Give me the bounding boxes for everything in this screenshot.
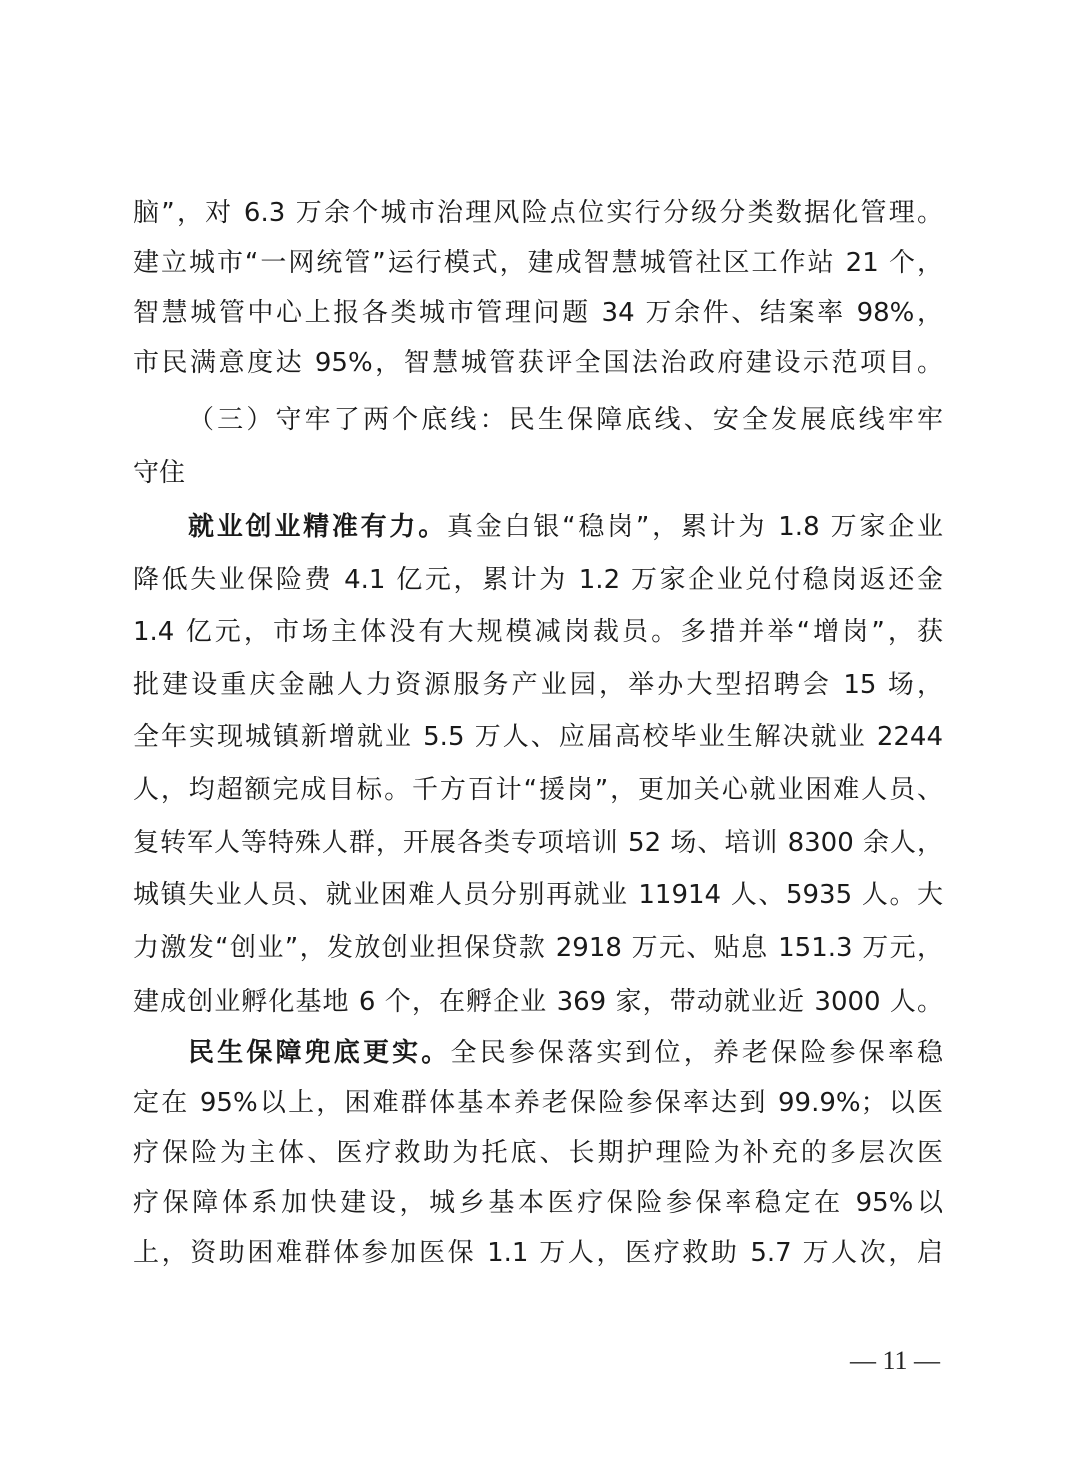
body-text-line: 智慧城管中心上报各类城市管理问题 34 万余件、结案率 98%， bbox=[133, 293, 943, 333]
paragraph-first-line: 民生保障兜底更实。全民参保落实到位，养老保险参保率稳 bbox=[188, 1033, 943, 1073]
paragraph-lead-employment: 就业创业精准有力。 bbox=[188, 512, 447, 542]
body-text-line: 疗保险为主体、医疗救助为托底、长期护理险为补充的多层次医 bbox=[133, 1133, 943, 1173]
body-text-line: 疗保障体系加快建设，城乡基本医疗保险参保率稳定在 95%以 bbox=[133, 1183, 943, 1223]
body-text-line: 全年实现城镇新增就业 5.5 万人、应届高校毕业生解决就业 2244 bbox=[133, 717, 943, 757]
body-text-line: 建立城市“一网统管”运行模式，建成智慧城管社区工作站 21 个， bbox=[133, 243, 943, 283]
body-text-line: 力激发“创业”，发放创业担保贷款 2918 万元、贴息 151.3 万元， bbox=[133, 928, 943, 968]
section-heading-continuation: 守住 bbox=[133, 453, 943, 493]
body-text-line: 建成创业孵化基地 6 个，在孵企业 369 家，带动就业近 3000 人。 bbox=[133, 982, 943, 1022]
paragraph-lead-livelihood: 民生保障兜底更实。 bbox=[188, 1038, 450, 1068]
body-text-line: 定在 95%以上，困难群体基本养老保险参保率达到 99.9%；以医 bbox=[133, 1083, 943, 1123]
section-heading: （三）守牢了两个底线：民生保障底线、安全发展底线牢牢 bbox=[188, 400, 943, 440]
body-text-line: 上，资助困难群体参加医保 1.1 万人，医疗救助 5.7 万人次，启 bbox=[133, 1233, 943, 1273]
body-text-line: 城镇失业人员、就业困难人员分别再就业 11914 人、5935 人。大 bbox=[133, 875, 943, 915]
paragraph-text: 全民参保落实到位，养老保险参保率稳 bbox=[450, 1038, 943, 1068]
body-text-line: 降低失业保险费 4.1 亿元，累计为 1.2 万家企业兑付稳岗返还金 bbox=[133, 560, 943, 600]
body-text-line: 1.4 亿元，市场主体没有大规模减岗裁员。多措并举“增岗”，获 bbox=[133, 612, 943, 652]
body-text-line: 市民满意度达 95%，智慧城管获评全国法治政府建设示范项目。 bbox=[133, 343, 943, 383]
body-text-line: 脑”，对 6.3 万余个城市治理风险点位实行分级分类数据化管理。 bbox=[133, 193, 943, 233]
paragraph-first-line: 就业创业精准有力。真金白银“稳岗”，累计为 1.8 万家企业 bbox=[188, 507, 943, 547]
body-text-line: 人，均超额完成目标。千方百计“援岗”，更加关心就业困难人员、 bbox=[133, 770, 943, 810]
page-number: — 11 — bbox=[843, 1343, 947, 1379]
body-text-line: 批建设重庆金融人力资源服务产业园，举办大型招聘会 15 场， bbox=[133, 665, 943, 705]
paragraph-text: 真金白银“稳岗”，累计为 1.8 万家企业 bbox=[447, 512, 943, 542]
document-page: 脑”，对 6.3 万余个城市治理风险点位实行分级分类数据化管理。 建立城市“一网… bbox=[0, 0, 1074, 1458]
body-text-line: 复转军人等特殊人群，开展各类专项培训 52 场、培训 8300 余人， bbox=[133, 823, 943, 863]
